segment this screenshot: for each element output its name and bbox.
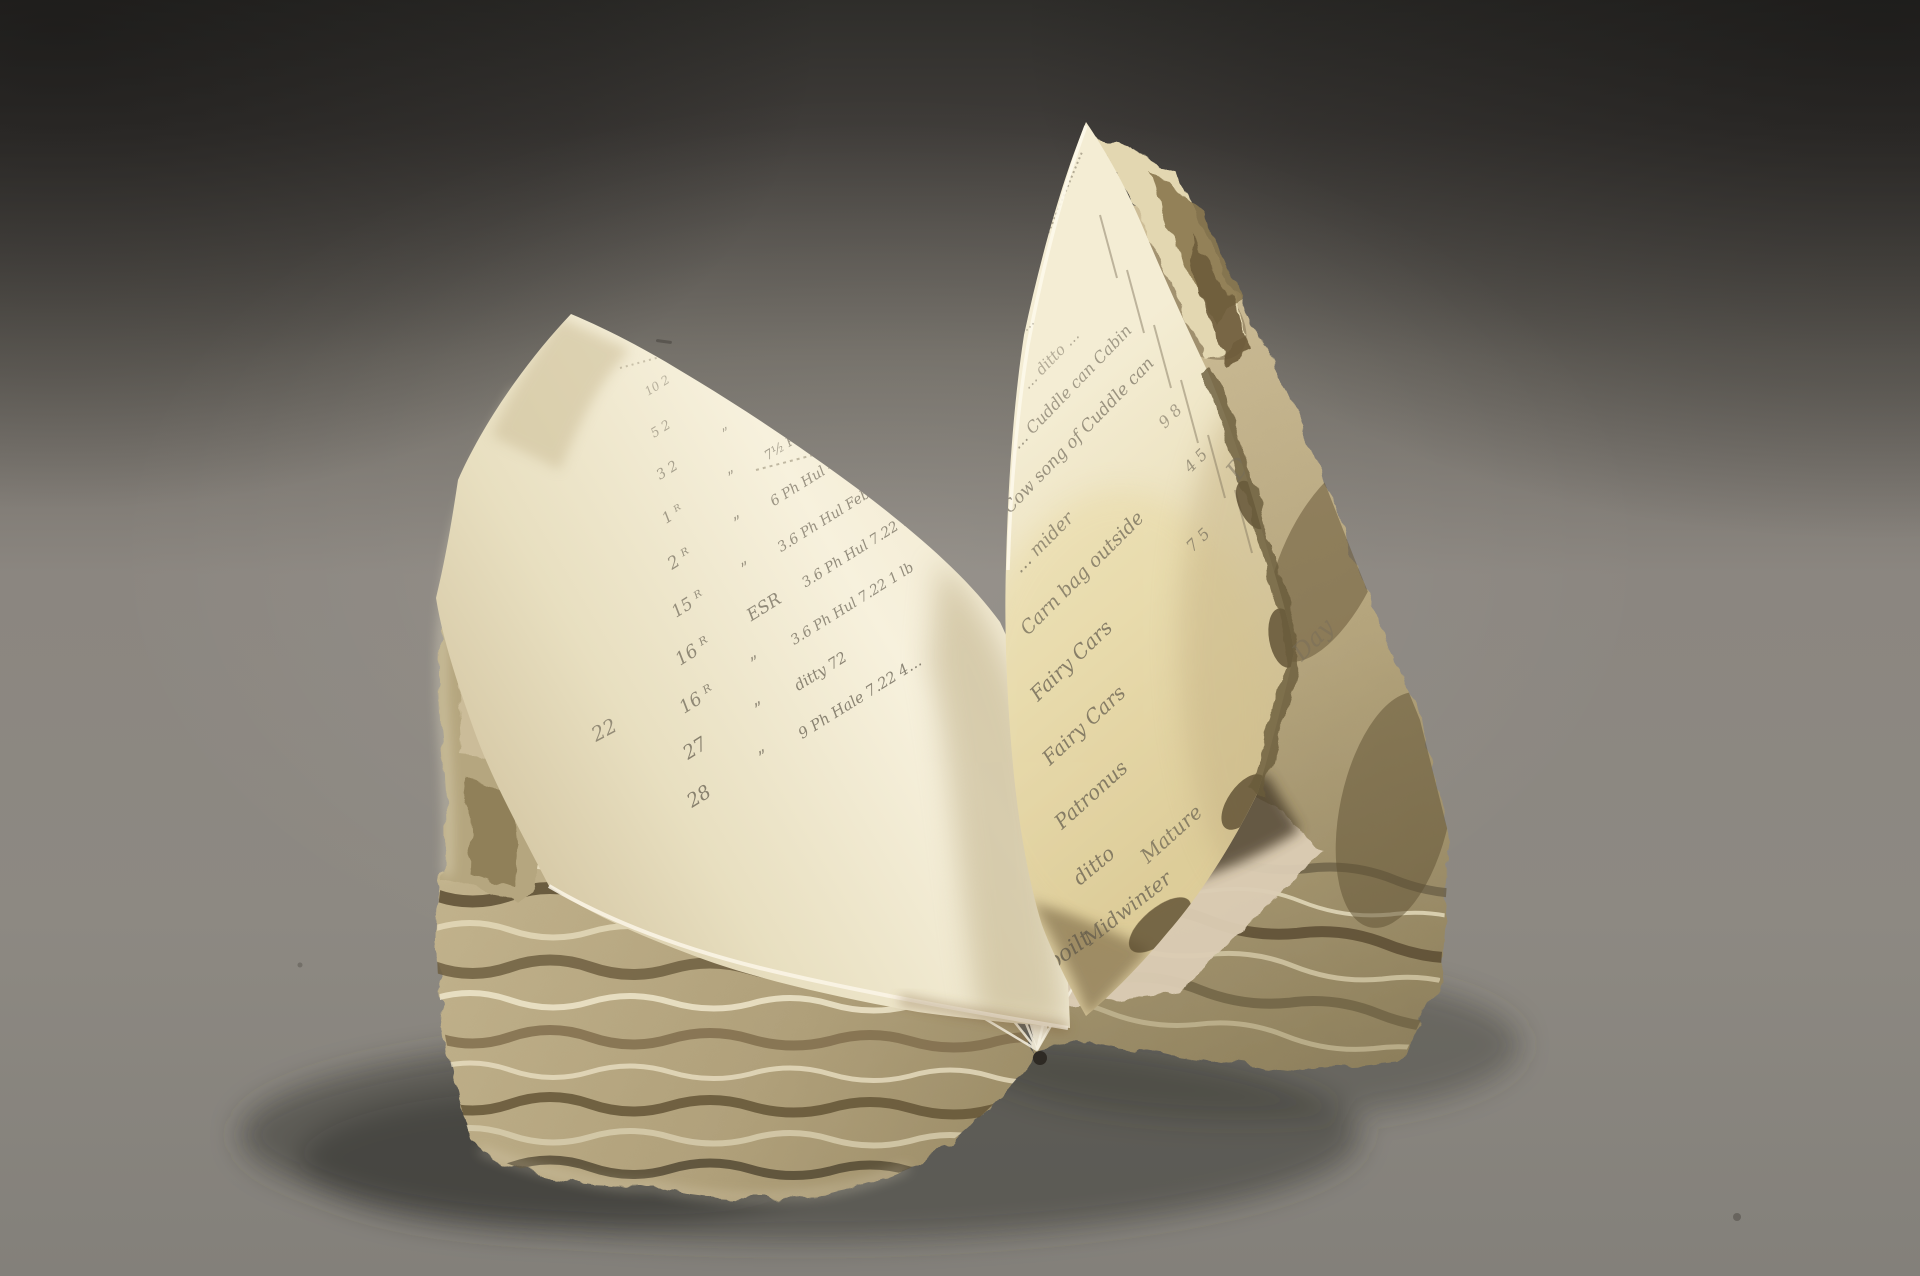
backdrop-speck-2 — [298, 963, 303, 968]
photograph-of-damaged-notebook: 10 2 … 5 2 ” … … 3 2 ” MH Feby 4 lb ½ 1 … — [0, 0, 1920, 1276]
gutter-notch — [1033, 1051, 1047, 1065]
backdrop-speck — [1733, 1213, 1741, 1221]
photo-canvas: 10 2 … 5 2 ” … … 3 2 ” MH Feby 4 lb ½ 1 … — [0, 0, 1920, 1276]
